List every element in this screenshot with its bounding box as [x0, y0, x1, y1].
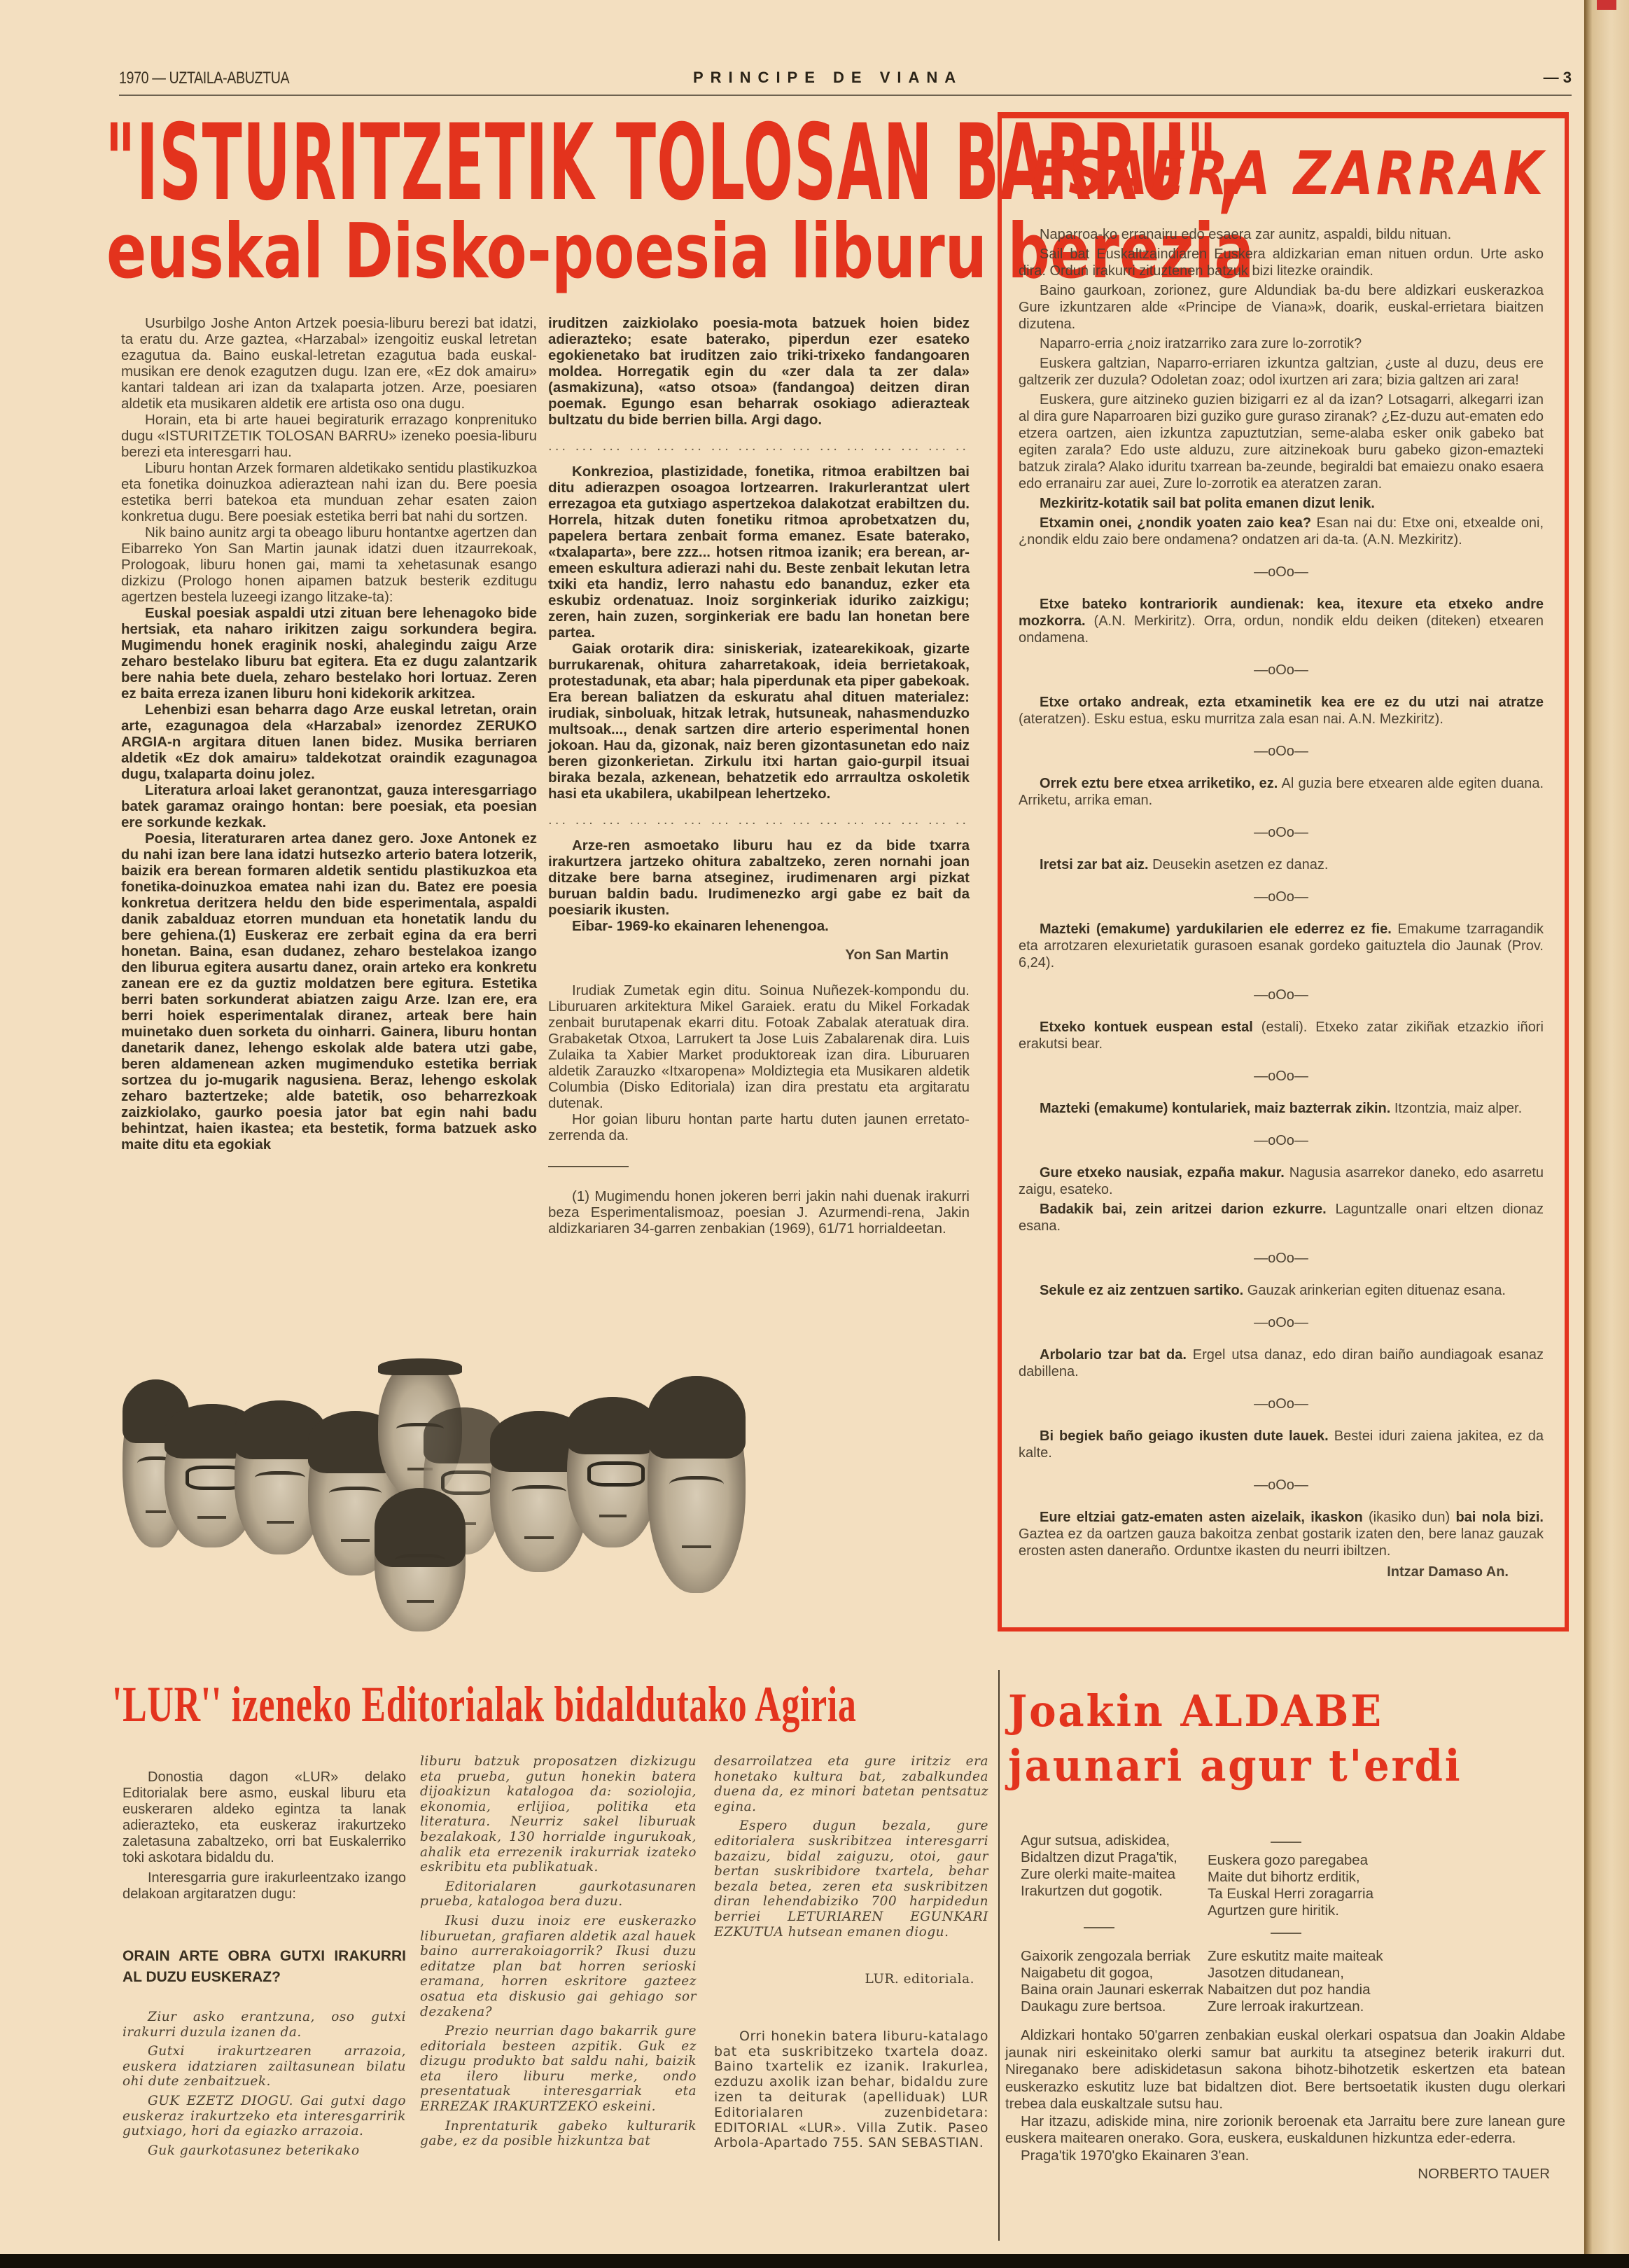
paragraph: Gaiak orotarik dira: siniskeriak, izatea…: [548, 641, 970, 802]
footnote: (1) Mugimendu honen jokeren berri jakin …: [548, 1188, 970, 1237]
saying: Eure eltziai gatz-ematen asten aizelaik,…: [1019, 1509, 1544, 1559]
saying: Etxe ortako andreak, ezta etxaminetik ke…: [1019, 694, 1544, 728]
issue-date: 1970 — UZTAILA-ABUZTUA: [119, 69, 289, 88]
paragraph: Liburu hontan Arzek formaren aldetikako …: [121, 460, 537, 524]
stanza-rule: [1084, 1927, 1114, 1928]
portrait-collage: [116, 1316, 998, 1646]
editorial-signature: LUR. editoriala.: [714, 1972, 974, 1987]
esaera-title: ESAERA ZARRAK: [1026, 140, 1551, 207]
saying: Bi begiek baño geiago ikusten dute lauek…: [1019, 1428, 1544, 1461]
article-column-2: iruditzen zaizkiolako poesia-mota batzue…: [548, 315, 970, 1237]
paragraph: Espero dugun bezala, gure editorialera s…: [714, 1818, 988, 1940]
paragraph: Literatura arloai laket geranontzat, gau…: [121, 782, 537, 830]
lur-column-2: liburu batzuk proposatzen dizkizugu eta …: [420, 1754, 697, 2153]
separator: —oOo—: [1019, 889, 1544, 905]
subscription-note: Orri honekin batera liburu-katalago bat …: [714, 2029, 988, 2151]
paragraph: Interesgarria gure irakurleentzako izang…: [123, 1870, 406, 1902]
main-subheadline: euskal Disko-poesia liburu berezia: [106, 210, 862, 294]
poem-stanza: Zure eskutitz maite maiteak Jasotzen dit…: [1208, 1948, 1383, 2015]
main-headline: "ISTURITZETIK TOLOSAN BARRU",: [105, 111, 643, 216]
running-header: 1970 — UZTAILA-ABUZTUA PRINCIPE DE VIANA…: [119, 64, 1572, 92]
paragraph: liburu batzuk proposatzen dizkizugu eta …: [420, 1754, 697, 1875]
credits: Hor goian liburu hontan parte hartu dute…: [548, 1111, 970, 1143]
paragraph: desarroilatzea eta gure iritziz era hone…: [714, 1754, 988, 1814]
aldabe-body: Aldizkari hontako 50'garren zenbakian eu…: [1005, 2027, 1565, 2183]
paragraph: Guk gaurkotasunez beterikako: [123, 2143, 406, 2159]
page-edge: [1584, 0, 1629, 2268]
lur-headline: 'LUR'' izeneko Editorialak bidaldutako A…: [112, 1675, 742, 1734]
separator: —oOo—: [1019, 1314, 1544, 1331]
credits: Irudiak Zumetak egin ditu. Soinua Nuñeze…: [548, 982, 970, 1111]
paragraph: Har itzazu, adiskide mina, nire zorionik…: [1005, 2113, 1565, 2148]
question-heading: ORAIN ARTE OBRA GUTXI IRAKURRI AL DUZU E…: [123, 1946, 406, 1988]
poem-stanza: Agur sutsua, adiskidea, Bidaltzen dizut …: [1021, 1832, 1177, 1900]
paragraph: Ziur asko erantzuna, oso gutxi irakurri …: [123, 2010, 406, 2040]
masthead: PRINCIPE DE VIANA: [693, 69, 963, 87]
paragraph: Euskal poesiak aspaldi utzi zituan bere …: [121, 605, 537, 702]
esaera-body: Naparroa-ko erranairu edo esaera zar aun…: [1019, 226, 1544, 1583]
paragraph: Baino gaurkoan, zorionez, gure Aldundiak…: [1019, 282, 1544, 333]
saying: Gure etxeko nausiak, ezpaña makur. Nagus…: [1019, 1164, 1544, 1198]
paragraph: Aldizkari hontako 50'garren zenbakian eu…: [1005, 2027, 1565, 2113]
separator: —oOo—: [1019, 987, 1544, 1003]
paragraph: Konkrezioa, plastizidade, fonetika, ritm…: [548, 464, 970, 641]
ellipsis-divider: ... ... ... ... ... ... ... ... ... ... …: [548, 438, 970, 454]
saying: Mazteki (emakume) kontulariek, maiz bazt…: [1019, 1100, 1544, 1117]
paragraph: Horain, eta bi arte hauei begiraturik er…: [121, 412, 537, 460]
header-rule: [119, 95, 1572, 96]
separator: —oOo—: [1019, 564, 1544, 580]
column-divider: [998, 1670, 1000, 2241]
author-signature: Intzar Damaso An.: [1019, 1564, 1509, 1580]
paragraph: Naparroa-ko erranairu edo esaera zar aun…: [1019, 226, 1544, 243]
dateline: Eibar- 1969-ko ekainaren lehenengoa.: [548, 918, 970, 934]
paragraph: Sail bat Euskaltzaindiaren Euskera aldiz…: [1019, 246, 1544, 279]
ellipsis-divider: ... ... ... ... ... ... ... ... ... ... …: [548, 812, 970, 828]
paragraph: Ikusi duzu inoiz ere euskerazko liburuet…: [420, 1914, 697, 2019]
saying: Etxamin onei, ¿nondik yoaten zaio kea? E…: [1019, 515, 1544, 548]
stanza-rule: [1271, 1933, 1301, 1934]
bookmark-tab: [1597, 0, 1616, 10]
paragraph: Donostia dagon «LUR» delako Editorialak …: [123, 1769, 406, 1866]
separator: —oOo—: [1019, 1477, 1544, 1494]
separator: —oOo—: [1019, 824, 1544, 841]
paragraph: Usurbilgo Joshe Anton Artzek poesia-libu…: [121, 315, 537, 412]
separator: —oOo—: [1019, 1250, 1544, 1267]
lead-in: Mezkiritz-kotatik sail bat polita emanen…: [1019, 495, 1544, 512]
paragraph: Euskera, gure aitzineko guzien bizigarri…: [1019, 391, 1544, 492]
saying: Arbolario tzar bat da. Ergel utsa danaz,…: [1019, 1347, 1544, 1380]
paragraph: Euskera galtzian, Naparro-erriaren izkun…: [1019, 355, 1544, 389]
footnote-rule: [548, 1166, 629, 1167]
lur-column-3: desarroilatzea eta gure iritziz era hone…: [714, 1754, 988, 2155]
paragraph: Inprentaturik gabeko kulturarik gabe, ez…: [420, 2119, 697, 2149]
paragraph: Editorialaren gaurkotasunaren prueba, ka…: [420, 1879, 697, 1909]
article-column-1: Usurbilgo Joshe Anton Artzek poesia-libu…: [121, 315, 537, 1153]
paragraph: Poesia, literaturaren artea danez gero. …: [121, 830, 537, 1153]
dateline: Praga'tik 1970'gko Ekainaren 3'ean.: [1005, 2148, 1565, 2165]
scan-bottom-edge: [0, 2254, 1629, 2268]
separator: —oOo—: [1019, 662, 1544, 679]
lur-column-1: Donostia dagon «LUR» delako Editorialak …: [123, 1769, 406, 2019]
aldabe-headline: Joakin ALDABE jaunari agur t'erdi: [1008, 1684, 1529, 1793]
saying: Orrek eztu bere etxea arriketiko, ez. Al…: [1019, 775, 1544, 809]
author-signature: Yon San Martin: [548, 947, 949, 963]
page-number: — 3: [1544, 69, 1572, 87]
separator: —oOo—: [1019, 743, 1544, 760]
paragraph: Lehenbizi esan beharra dago Arze euskal …: [121, 702, 537, 782]
saying: Badakik bai, zein aritzei darion ezkurre…: [1019, 1201, 1544, 1234]
poem-stanza: Gaixorik zengozala berriak Naigabetu dit…: [1021, 1948, 1203, 2015]
poem-stanza: Euskera gozo paregabea Maite dut bihortz…: [1208, 1852, 1373, 1919]
stanza-rule: [1271, 1842, 1301, 1843]
paragraph: Naparro-erria ¿noiz iratzarriko zara zur…: [1019, 335, 1544, 352]
paragraph: Nik baino aunitz argi ta obeago liburu h…: [121, 524, 537, 605]
paragraph: Gutxi irakurtzearen arrazoia, euskera id…: [123, 2044, 406, 2089]
paragraph: Prezio neurrian dago bakarrik gure edito…: [420, 2024, 697, 2115]
saying: Etxe bateko kontrariorik aundienak: kea,…: [1019, 596, 1544, 646]
paragraph: GUK EZETZ DIOGU. Gai gutxi dago euskeraz…: [123, 2094, 406, 2139]
portrait-photo: [375, 1488, 466, 1632]
separator: —oOo—: [1019, 1396, 1544, 1412]
saying: Sekule ez aiz zentzuen sartiko. Gauzak a…: [1019, 1282, 1544, 1299]
paragraph: iruditzen zaizkiolako poesia-mota batzue…: [548, 315, 970, 428]
portrait-photo: [567, 1397, 658, 1547]
separator: —oOo—: [1019, 1132, 1544, 1149]
lur-column-1-italic: Ziur asko erantzuna, oso gutxi irakurri …: [123, 2010, 406, 2162]
author-signature: NORBERTO TAUER: [1005, 2166, 1550, 2183]
portrait-photo: [648, 1376, 746, 1593]
saying: Mazteki (emakume) yardukilarien ele eder…: [1019, 921, 1544, 971]
saying: Etxeko kontuek euspean estal (estali). E…: [1019, 1019, 1544, 1052]
paragraph: Arze-ren asmoetako liburu hau ez da bide…: [548, 837, 970, 918]
separator: —oOo—: [1019, 1068, 1544, 1085]
saying: Iretsi zar bat aiz. Deusekin asetzen ez …: [1019, 856, 1544, 873]
